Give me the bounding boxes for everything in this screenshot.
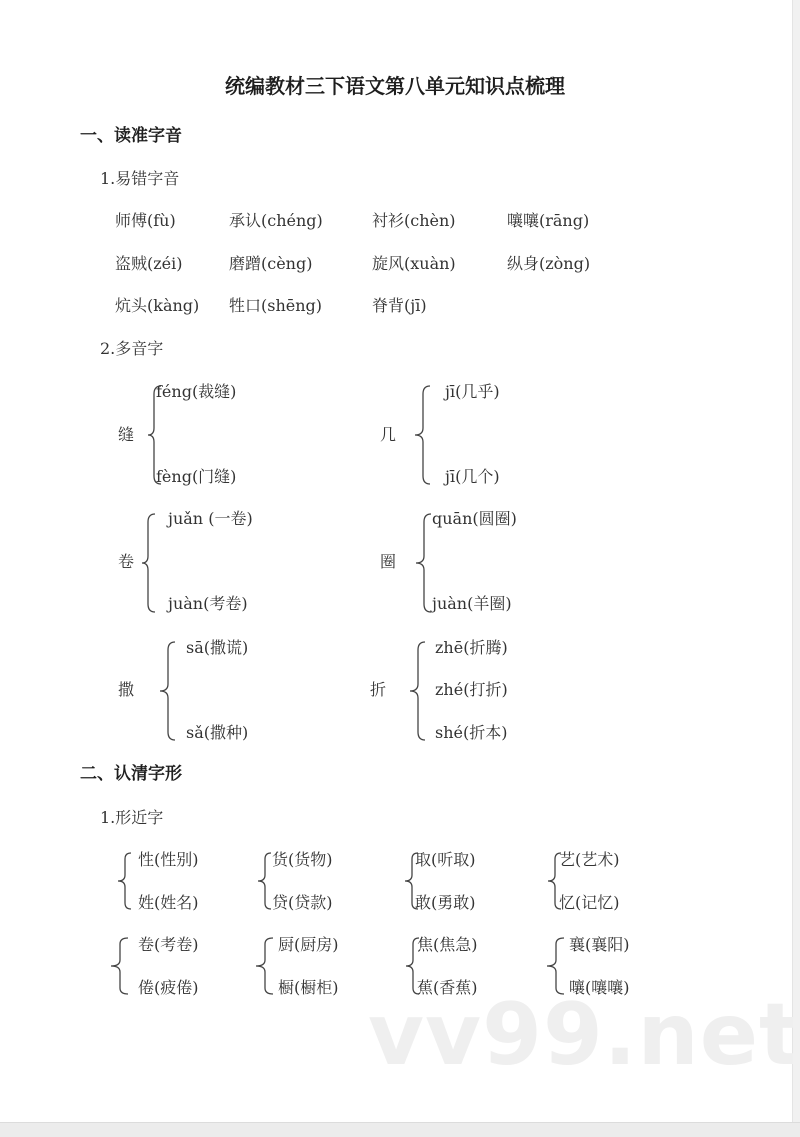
brace-icon (254, 936, 274, 996)
brace-icon (158, 640, 176, 742)
similar-char: 敢(勇敢) (415, 895, 476, 911)
brace-icon (256, 851, 272, 911)
similar-char: 橱(橱柜) (278, 980, 339, 996)
page-right-edge (793, 0, 800, 1122)
brace-icon (413, 384, 431, 486)
page-bottom-edge (0, 1122, 800, 1137)
polyphone-char: 几 (380, 427, 396, 443)
subsection-heading-error-prone: 1.易错字音 (100, 171, 179, 187)
word-item: 旋风(xuàn) (372, 256, 456, 272)
similar-char: 姓(姓名) (138, 895, 199, 911)
polyphone-reading: shé(折本) (435, 725, 507, 741)
subsection-heading-similar-chars: 1.形近字 (100, 810, 163, 826)
subsection-heading-polyphones: 2.多音字 (100, 341, 163, 357)
word-item: 脊背(jī) (372, 298, 427, 314)
polyphone-reading: juàn(考卷) (168, 596, 248, 612)
polyphone-reading: zhé(打折) (435, 682, 508, 698)
similar-char: 忆(记忆) (559, 895, 620, 911)
brace-icon (408, 640, 426, 742)
brace-icon (140, 512, 156, 614)
word-item: 嚷嚷(rāng) (507, 213, 589, 229)
polyphone-char: 撒 (118, 682, 134, 698)
polyphone-reading: jī(几乎) (445, 384, 500, 400)
word-item: 师傅(fù) (115, 213, 176, 229)
similar-char: 卷(考卷) (138, 937, 199, 953)
word-item: 承认(chéng) (229, 213, 323, 229)
word-item: 盗贼(zéi) (115, 256, 183, 272)
word-item: 衬衫(chèn) (372, 213, 456, 229)
word-item: 牲口(shēng) (229, 298, 322, 314)
watermark: vv99.net (368, 992, 800, 1078)
polyphone-reading: juǎn (一卷) (168, 511, 253, 527)
similar-char: 焦(焦急) (417, 937, 478, 953)
polyphone-reading: sǎ(撒种) (186, 725, 248, 741)
polyphone-char: 折 (370, 682, 386, 698)
polyphone-reading: féng(裁缝) (156, 384, 236, 400)
document-page: 统编教材三下语文第八单元知识点梳理 一、读准字音 1.易错字音 师傅(fù) 承… (0, 0, 793, 1122)
brace-icon (414, 512, 432, 614)
similar-char: 取(听取) (415, 852, 476, 868)
similar-char: 倦(疲倦) (138, 980, 199, 996)
similar-char: 襄(襄阳) (569, 937, 630, 953)
polyphone-reading: zhē(折腾) (435, 640, 508, 656)
polyphone-char: 缝 (118, 427, 134, 443)
similar-char: 性(性别) (138, 852, 199, 868)
polyphone-reading: quān(圆圈) (432, 511, 517, 527)
similar-char: 艺(艺术) (559, 852, 620, 868)
brace-icon (116, 851, 132, 911)
similar-char: 贷(贷款) (272, 895, 333, 911)
polyphone-char: 卷 (118, 554, 134, 570)
word-item: 纵身(zòng) (507, 256, 590, 272)
section-heading-pronunciation: 一、读准字音 (80, 128, 182, 145)
word-item: 炕头(kàng) (115, 298, 199, 314)
polyphone-reading: fèng(门缝) (156, 469, 236, 485)
polyphone-reading: juàn(羊圈) (432, 596, 512, 612)
section-heading-character-shapes: 二、认清字形 (80, 766, 182, 783)
polyphone-reading: sā(撒谎) (186, 640, 248, 656)
brace-icon (109, 936, 129, 996)
polyphone-char: 圈 (380, 554, 396, 570)
document-title: 统编教材三下语文第八单元知识点梳理 (0, 76, 790, 96)
polyphone-reading: jī(几个) (445, 469, 500, 485)
similar-char: 货(货物) (272, 852, 333, 868)
word-item: 磨蹭(cèng) (229, 256, 312, 272)
similar-char: 厨(厨房) (278, 937, 339, 953)
